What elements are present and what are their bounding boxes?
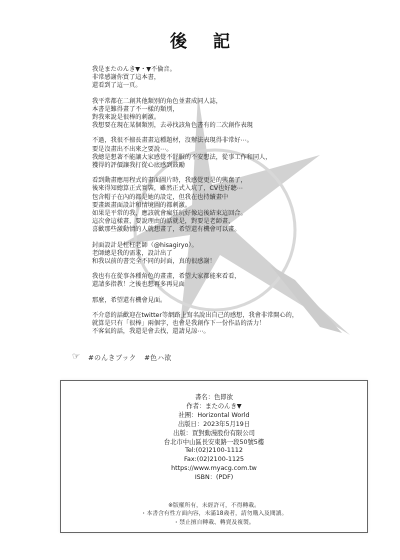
website-link[interactable]: https://www.myacg.com.tw [61,465,367,474]
text-line: 要畫級畫面設計和情境圖的都刺激。 [92,202,392,210]
afterword-paragraph-greeting: 我是またのんき▼・▼不倫音。 非常感謝你買了這本書， 還看到了這一頁。 [92,66,392,91]
text-line: 獲得的評價讓我打從心底感到鼓勵 [92,162,392,170]
text-line: 本書是難得畫了不一樣的類別， [92,106,392,114]
text-line: 不客氣的話，我還是會去找，還請見諒⋯。 [92,328,392,336]
colophon-info: 書名：色即欲 作者：またのんき▼ 社團：Horizontal World 出版日… [61,394,367,483]
address: 台北市中山區長安東路一段50號5樓 [61,439,367,448]
fax: Fax:(02)2100-1125 [61,456,367,465]
text-line: 還請多指教！之後也想再多再見面 [92,281,392,289]
text-line: 老師總是我的需求，設計出了 [92,250,392,258]
text-line: 包含帽子在內的都是她的設定，但我在也持續畫中 [92,194,392,202]
text-line: 喜歡那些激動情的人就想畫了，希望還有機會可以畫。 [92,226,392,234]
text-line: 那麼，希望還有機會見面。 [92,297,392,305]
copyright-notice: ※版權所有，未經許可，不得轉載。 [61,500,367,509]
text-line: 我是またのんき▼・▼不倫音。 [92,66,392,74]
tel: Tel:(02)2100-1112 [61,447,367,456]
text-line: 我想要在現在某個類別，去尋找該角色書有的二次創作表現 [92,122,392,130]
text-line: 我總是想著不能讓大家感覺不舒服的不安想法，從事工作和同人， [92,154,392,162]
afterword-paragraph: 不介意的話歡迎在twitter等網路上寫名說出自己的感想，我會非常開心的， 就算… [92,312,392,337]
text-line: 後來得知總算正式實裝，雖然正式入坑了，CV也好聽⋯ [92,185,392,193]
content-notices: ・本書含有性方面內容，未滿18歲者，請勿購入及閱讀。 ・禁止擅自轉載、轉賣及複製… [61,510,367,527]
text-line: 還看到了這一頁。 [92,82,392,90]
text-line: 封面設計是枉枉老師（@hisagiryo）。 [92,242,392,250]
text-line: 我平常都在二創其他類別的角色並畫成同人誌， [92,98,392,106]
colophon-box: 書名：色即欲 作者：またのんき▼ 社團：Horizontal World 出版日… [60,380,368,533]
page-title: 後記 [0,27,400,52]
release-date: 出版日：2023年5月19日 [61,421,367,430]
redistribution-notice: ・禁止擅自轉載、轉賣及複製。 [61,519,367,528]
book-title: 書名：色即欲 [61,394,367,403]
afterword-body: 我是またのんき▼・▼不倫音。 非常感謝你買了這本書， 還看到了這一頁。 我平常都… [92,66,392,343]
afterword-paragraph-cover-credit: 封面設計是枉枉老師（@hisagiryo）。 老師總是我的需求，設計出了 和我以… [92,242,392,267]
pointing-hand-icon: ☞ [72,352,80,362]
hashtag-row: ☞ #のんきブック #色ハ欲 [72,352,171,362]
afterword-paragraph: 我也有在從事各種角色的畫畫，希望大家都能來看看， 還請多指教！之後也想再多再見面 [92,273,392,289]
text-line: 不過，我很不擅長畫畫這種題材，沒辦法表現得非常好⋯。 [92,137,392,145]
text-line: 要是沒畫出不出來之要說⋯。 [92,146,392,154]
circle: 社團：Horizontal World [61,412,367,421]
age-notice: ・本書含有性方面內容，未滿18歲者，請勿購入及閱讀。 [61,510,367,519]
text-line: 不介意的話歡迎在twitter等網路上寫名說出自己的感想，我會非常開心的， [92,312,392,320]
afterword-paragraph: 那麼，希望還有機會見面。 [92,297,392,305]
hashtag[interactable]: #のんきブック [88,352,136,362]
hashtag[interactable]: #色ハ欲 [144,352,171,362]
afterword-paragraph: 我平常都在二創其他類別的角色並畫成同人誌， 本書是難得畫了不一樣的類別， 對我來… [92,98,392,131]
isbn: ISBN：(PDF) [61,474,367,483]
afterword-paragraph: 不過，我很不擅長畫畫這種題材，沒辦法表現得非常好⋯。 要是沒畫出不出來之要說⋯。… [92,137,392,170]
publisher: 出版：買對動漫股份有限公司 [61,430,367,439]
text-line: 對我來說是很棒的刺激。 [92,114,392,122]
text-line: 和我以前的書完全不同的封面，真的很感謝！ [92,258,392,266]
author: 作者：またのんき▼ [61,403,367,412]
afterword-paragraph: 看到動畫應用程式的畫面圖片時，我感覺更是的興奮了， 後來得知總算正式實裝，雖然正… [92,177,392,234]
